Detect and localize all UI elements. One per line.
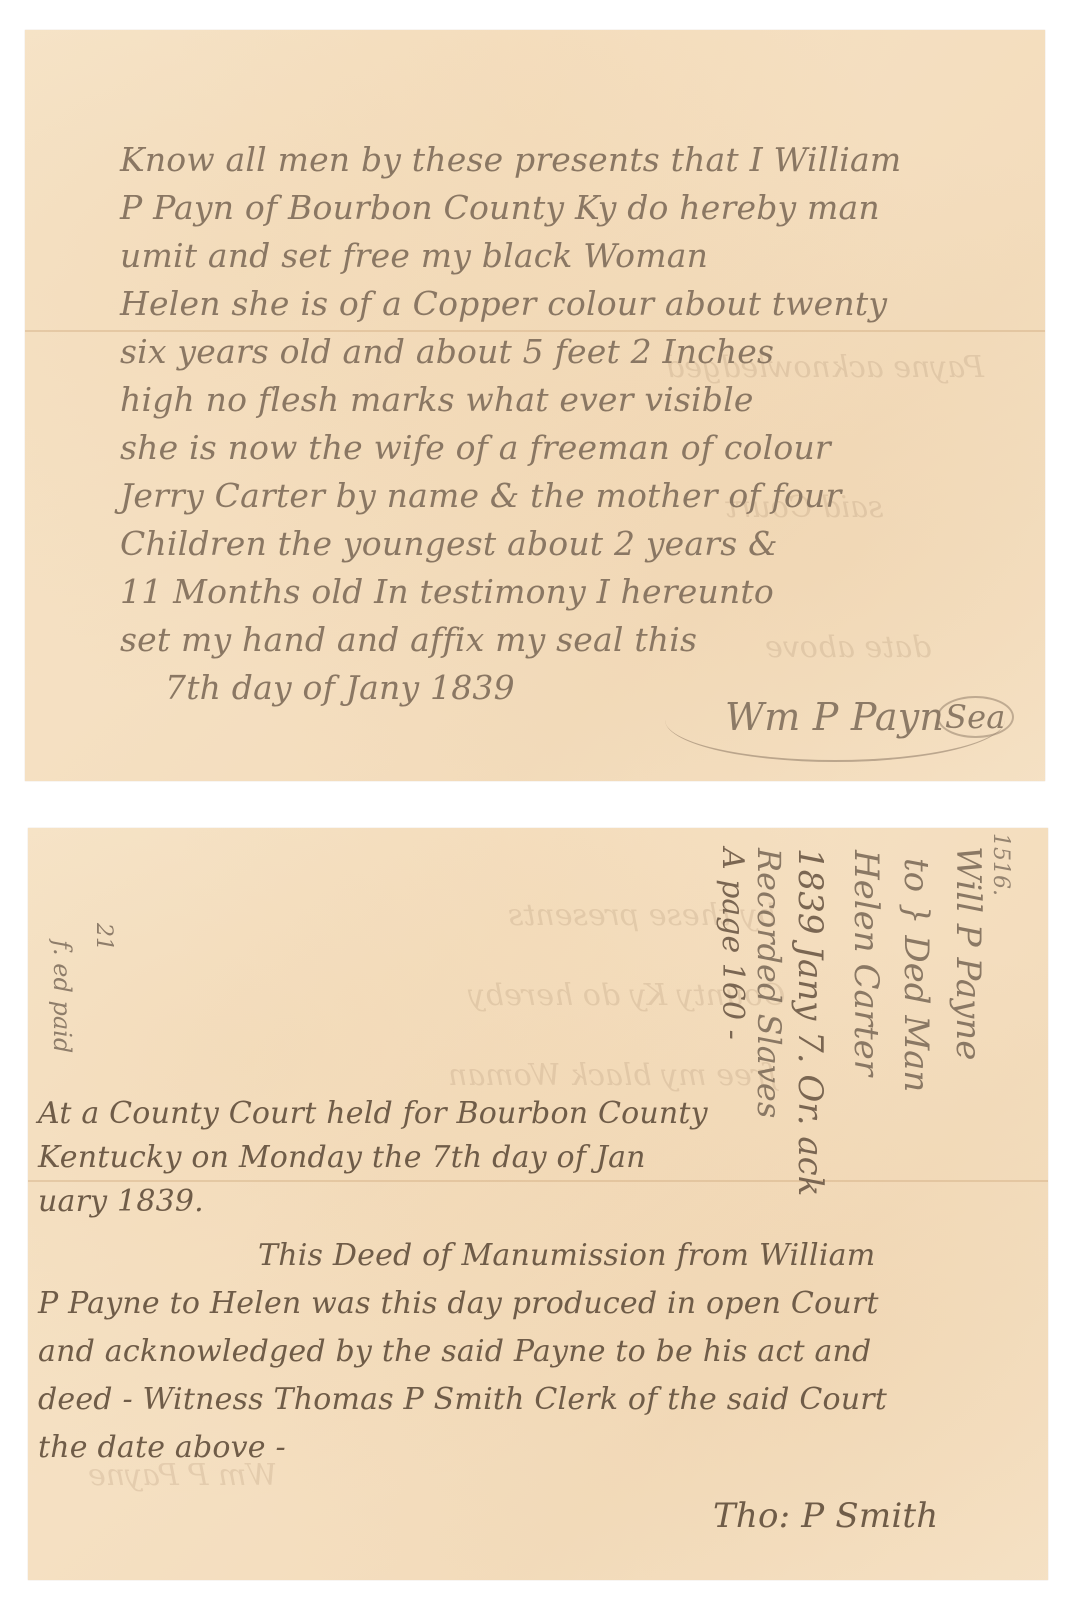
docket-line: Helen Carter (846, 850, 886, 1076)
deed-text-line: Children the youngest about 2 years & (120, 524, 778, 563)
deed-text-line: 11 Months old In testimony I hereunto (120, 572, 774, 611)
deed-text-line: she is now the wife of a freeman of colo… (120, 428, 831, 467)
certificate-line: This Deed of Manumission from William (258, 1238, 875, 1273)
docket-line: Recorded Slaves (750, 848, 788, 1118)
docket-line: to } Ded Man (896, 858, 936, 1092)
docket-line: A page 160 - (715, 848, 750, 1040)
deed-text-line: Jerry Carter by name & the mother of fou… (120, 476, 841, 515)
docket-line: Will P Payne (948, 846, 988, 1060)
court-record-line: Kentucky on Monday the 7th day of Jan (38, 1140, 646, 1175)
certificate-line: deed - Witness Thomas P Smith Clerk of t… (38, 1382, 887, 1417)
court-record-line: uary 1839. (38, 1184, 204, 1219)
deed-text-line: umit and set free my black Woman (120, 236, 708, 275)
deed-text-line: Know all men by these presents that I Wi… (120, 140, 901, 179)
bleed-through-text: date above (765, 630, 931, 665)
deed-text-line: set my hand and affix my seal this (120, 620, 697, 659)
signature-flourish (665, 720, 1005, 762)
bleed-through-text: free my black Woman (448, 1058, 777, 1093)
deed-text-line: 7th day of Jany 1839 (165, 668, 515, 707)
deed-front-page: Payne acknowledged said Court date above… (25, 30, 1045, 781)
deed-back-page: by these presents County Ky do hereby fr… (28, 828, 1048, 1580)
deed-text-line: six years old and about 5 feet 2 Inches (120, 332, 774, 371)
margin-note-fee-paid: f. ed paid (48, 940, 76, 1053)
margin-note-number: 21 (91, 923, 116, 951)
deed-text-line: P Payn of Bourbon County Ky do hereby ma… (120, 188, 880, 227)
certificate-line: the date above - (38, 1430, 286, 1465)
deed-text-line: Helen she is of a Copper colour about tw… (120, 284, 887, 323)
certificate-line: and acknowledged by the said Payne to be… (38, 1334, 871, 1369)
paper-fold-line (28, 1180, 1048, 1182)
clerk-signature: Tho: P Smith (713, 1496, 938, 1536)
court-record-line: At a County Court held for Bourbon Count… (38, 1096, 708, 1131)
certificate-line: P Payne to Helen was this day produced i… (38, 1286, 879, 1321)
docket-number: 1516. (988, 833, 1013, 896)
docket-line: 1839 Jany 7. Or. ack (790, 848, 830, 1196)
deed-text-line: high no flesh marks what ever visible (120, 380, 754, 419)
